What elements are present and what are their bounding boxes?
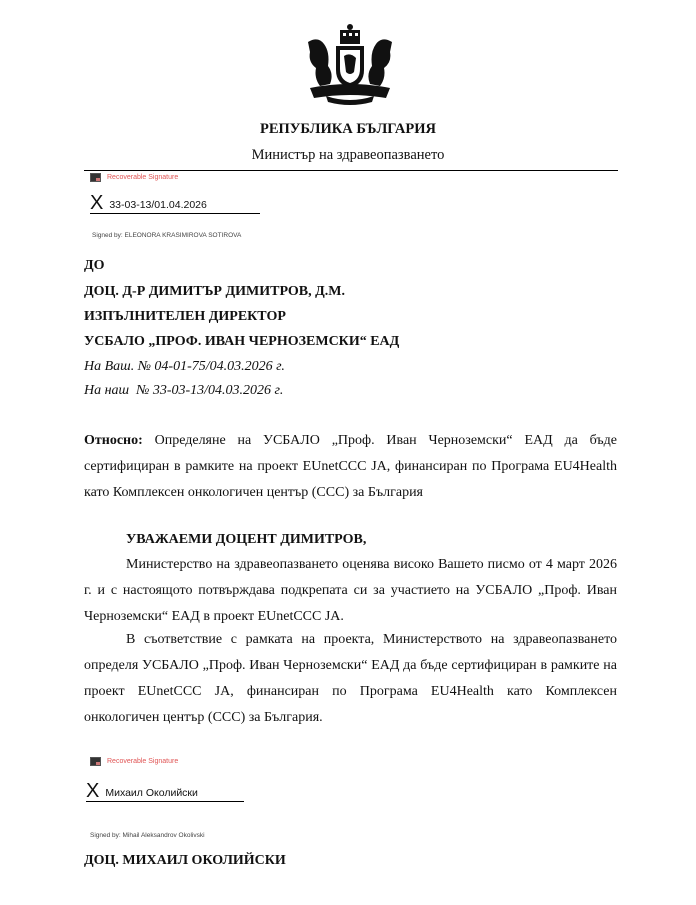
- bulgarian-coat-of-arms-icon: [300, 22, 400, 108]
- recipient-name: ДОЦ. Д-Р ДИМИТЪР ДИМИТРОВ, Д.М.: [84, 284, 345, 300]
- signed-by-text-bottom: Signed by: Mihail Aleksandrov Okolivski: [90, 832, 205, 839]
- body-paragraph-2: В съответствие с рамката на проекта, Мин…: [84, 627, 617, 731]
- recipient-position: ИЗПЪЛНИТЕЛЕН ДИРЕКТОР: [84, 309, 286, 325]
- signature-x-mark: X: [90, 193, 103, 213]
- recoverable-signature-badge-bottom[interactable]: Recoverable Signature: [90, 757, 178, 766]
- signature-line: X 33-03-13/01.04.2026: [90, 193, 260, 214]
- subject-text: Определяне на УСБАЛО „Проф. Иван Чернозе…: [84, 433, 617, 500]
- registration-number: 33-03-13/01.04.2026: [109, 199, 207, 213]
- signature-icon: [90, 757, 101, 766]
- subject-label: Относно:: [84, 433, 143, 448]
- body-paragraph-1: Министерство на здравеопазването оценява…: [84, 552, 617, 630]
- your-reference: На Ваш. № 04-01-75/04.03.2026 г.: [84, 359, 285, 375]
- signature-badge-label: Recoverable Signature: [107, 174, 178, 181]
- address-to: ДО: [84, 258, 105, 274]
- document-subtitle: Министър на здравеопазването: [0, 147, 696, 164]
- signature-line-bottom: X Михаил Околийски: [86, 781, 244, 802]
- header-divider: [84, 170, 618, 171]
- recipient-organization: УСБАЛО „ПРОФ. ИВАН ЧЕРНОЗЕМСКИ“ ЕАД: [84, 334, 399, 350]
- subject-paragraph: Относно: Определяне на УСБАЛО „Проф. Ива…: [84, 428, 617, 506]
- salutation: УВАЖАЕМИ ДОЦЕНТ ДИМИТРОВ,: [84, 527, 617, 553]
- document-title: РЕПУБЛИКА БЪЛГАРИЯ: [0, 121, 696, 138]
- signed-by-text: Signed by: ELEONORA KRASIMIROVA SOTIROVA: [92, 232, 241, 239]
- signature-badge-label: Recoverable Signature: [107, 758, 178, 765]
- signature-icon: [90, 173, 101, 182]
- signature-x-mark: X: [86, 781, 99, 801]
- signatory-name: ДОЦ. МИХАИЛ ОКОЛИЙСКИ: [84, 853, 286, 869]
- our-reference: На наш № 33-03-13/04.03.2026 г.: [84, 383, 283, 399]
- signature-name: Михаил Околийски: [105, 787, 198, 801]
- recoverable-signature-badge[interactable]: Recoverable Signature: [90, 173, 178, 182]
